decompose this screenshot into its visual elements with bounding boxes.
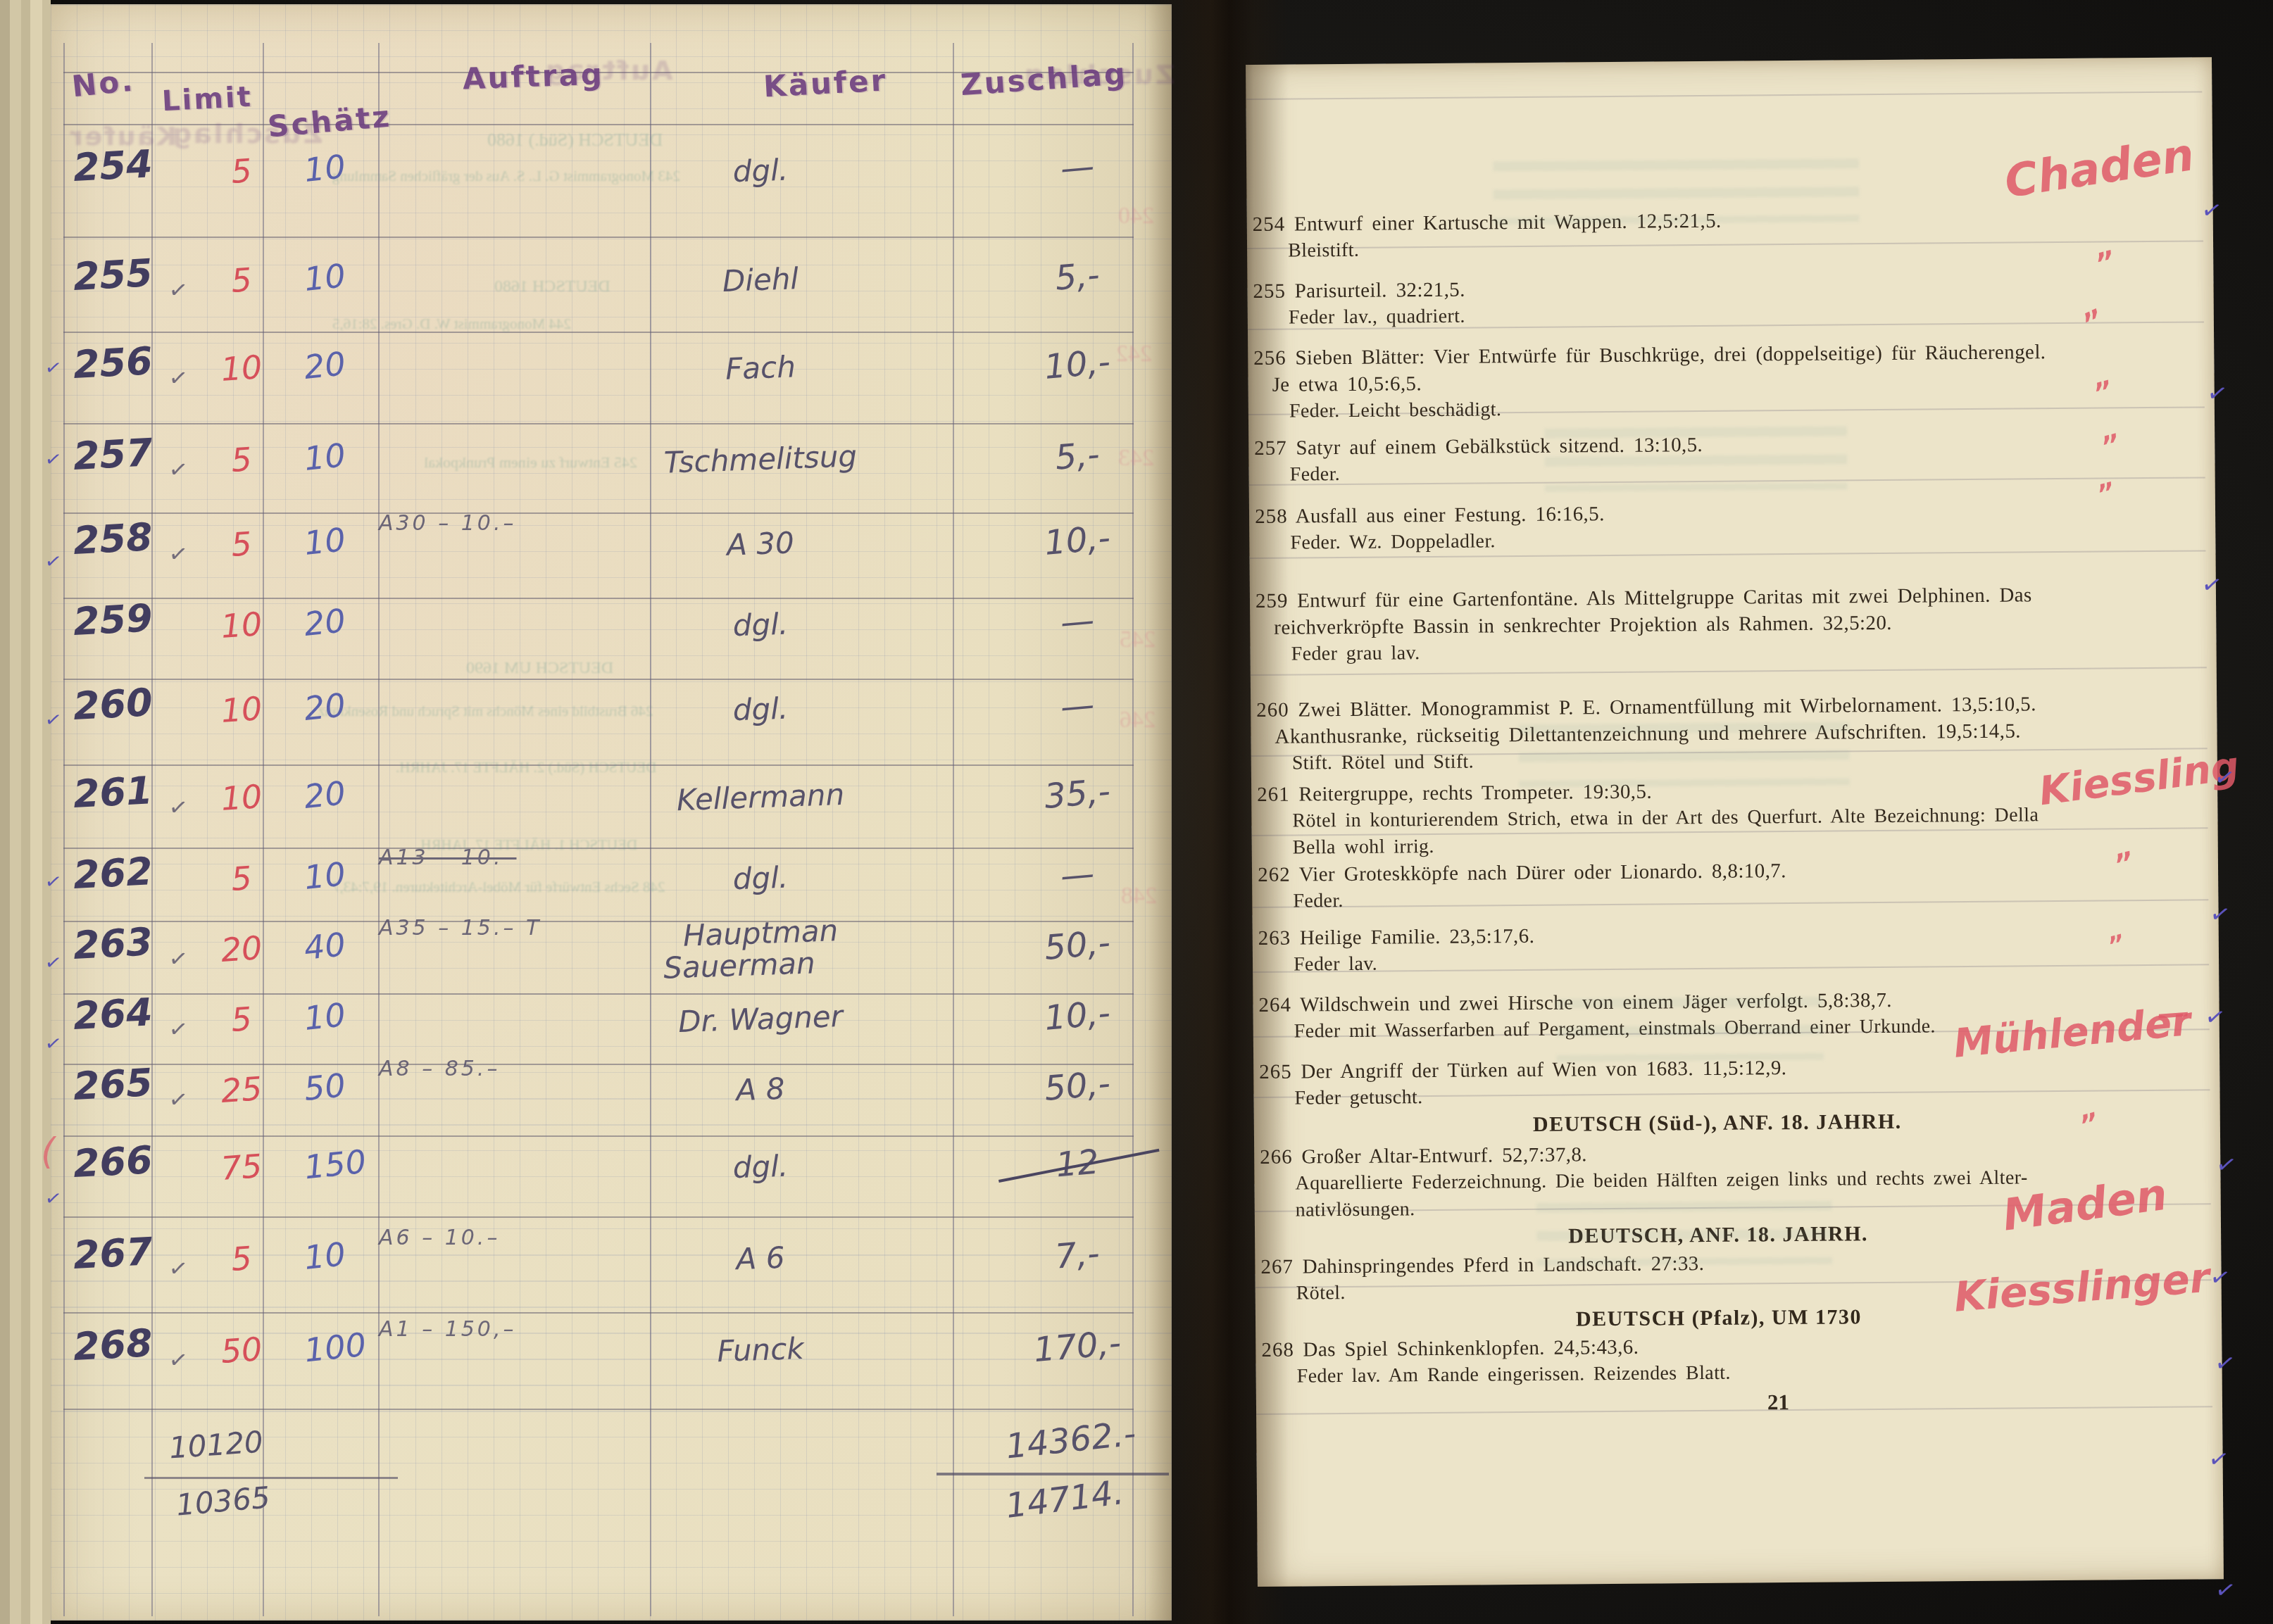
schaetz-value: 20 — [302, 774, 347, 816]
ledger-row: 254510dgl.— — [63, 137, 1141, 227]
kaeufer-name: A 8 — [605, 1066, 915, 1112]
zuschlag-value: 35,- — [1006, 768, 1149, 819]
ledger-rows: 254510dgl.—255✓510Diehl5,-256✓1020Fach10… — [51, 4, 1172, 1620]
schaetz-value: 10 — [302, 995, 347, 1038]
edge-check-icon: ✓ — [2208, 899, 2233, 931]
zuschlag-value: 10,- — [1006, 515, 1149, 566]
ledger-page: No.LimitSchätzAuftragKäuferZuschlagKäufe… — [51, 4, 1172, 1620]
row-check-icon: ✓ — [167, 1254, 189, 1283]
kaeufer-name: dgl. — [605, 855, 915, 900]
lot-title: Vier Groteskköpfe nach Dürer oder Lionar… — [1299, 860, 1786, 886]
limit-value: 10 — [194, 776, 288, 820]
schaetz-value: 10 — [302, 520, 347, 562]
ledger-row: 257✓510Tschmelitsug5,- — [63, 425, 1141, 515]
totals-rule — [144, 1477, 398, 1479]
lot-number: 255 — [72, 251, 154, 299]
lot-title: Sieben Blätter: Vier Entwürfe für Buschk… — [1295, 341, 2046, 369]
edge-check-icon: ✓ — [2205, 378, 2230, 410]
zuschlag-value: 5,- — [1006, 430, 1149, 481]
lot-number: 266 — [72, 1138, 154, 1186]
lot-title: Ausfall aus einer Festung. 16:16,5. — [1295, 503, 1604, 527]
schaetz-value: 40 — [302, 925, 347, 967]
lot-number: 267 — [72, 1229, 154, 1278]
bleed-through-smudge — [1493, 158, 1860, 225]
page-edge-stack — [30, 0, 42, 1624]
schaetz-value: 50 — [302, 1066, 347, 1108]
schaetz-value: 10 — [302, 256, 347, 298]
ledger-limit-total: 10120 — [168, 1424, 264, 1465]
lot-number: 265 — [72, 1060, 154, 1109]
book-gutter — [1148, 0, 1289, 1624]
margin-buyer-note: — — [2156, 993, 2191, 1033]
ledger-row: 26675150dgl.12 — [63, 1133, 1141, 1223]
schaetz-value: 10 — [302, 436, 347, 478]
lot-title: Entwurf für eine Gartenfontäne. Als Mitt… — [1297, 584, 2032, 612]
bleed-through-smudge — [1518, 722, 1850, 788]
entry-separator-rule — [1256, 1406, 2212, 1415]
ledger-row: 261✓1020Kellermann35,- — [63, 763, 1141, 853]
kaeufer-name: Funck — [605, 1327, 915, 1372]
ledger-row: 268✓50100A1 – 150,–Funck170,- — [63, 1316, 1141, 1406]
zuschlag-value: 50,- — [1006, 919, 1149, 971]
lot-title: Heilige Familie. 23,5:17,6. — [1300, 925, 1535, 950]
kaeufer-name: A 6 — [605, 1235, 915, 1280]
lot-number: 259 — [72, 596, 154, 644]
catalog-page: 254 Entwurf einer Kartusche mit Wappen. … — [1246, 57, 2224, 1587]
edge-check-icon: ✓ — [2212, 1575, 2238, 1606]
zuschlag-value: 12 — [1006, 1138, 1149, 1189]
schaetz-value: 150 — [302, 1143, 368, 1187]
book-spread-scan: No.LimitSchätzAuftragKäuferZuschlagKäufe… — [0, 0, 2273, 1624]
limit-value: 5 — [194, 149, 288, 194]
zuschlag-value: — — [1006, 849, 1149, 900]
edge-check-icon: ✓ — [2199, 195, 2224, 227]
row-check-icon: ✓ — [167, 363, 189, 392]
kaeufer-name: Kellermann — [605, 774, 915, 819]
limit-value: 5 — [194, 522, 288, 567]
lot-number: 268 — [72, 1321, 154, 1369]
row-check-icon: ✓ — [167, 944, 189, 973]
ledger-row: 265✓2550A8 – 85.–A 850,- — [63, 1055, 1141, 1145]
lot-number: 257 — [72, 430, 154, 479]
lot-number: 260 — [72, 680, 154, 729]
ledger-row: 2601020dgl.— — [63, 675, 1141, 765]
lot-title: Zwei Blätter. Monogrammist P. E. Ornamen… — [1298, 693, 2036, 721]
catalog-lot: 255 Parisurteil. 32:21,5.Feder lav., qua… — [1253, 271, 2169, 332]
kaeufer-name: Dr. Wagner — [605, 996, 915, 1041]
lot-number: 256 — [72, 339, 154, 387]
kaeufer-name: dgl. — [605, 602, 915, 647]
entry-separator-rule — [1246, 91, 2202, 100]
limit-value: 10 — [194, 346, 288, 391]
limit-value: 10 — [194, 688, 288, 732]
limit-value: 10 — [194, 603, 288, 648]
lot-title: Großer Altar-Entwurf. 52,7:37,8. — [1301, 1143, 1587, 1168]
catalog-lot: 262 Vier Groteskköpfe nach Dürer oder Li… — [1258, 855, 2174, 915]
bleed-through-smudge — [1536, 1201, 1833, 1266]
ledger-row: 255✓510Diehl5,- — [63, 246, 1141, 336]
edge-check-icon: ✓ — [2214, 1150, 2239, 1181]
kaeufer-name: A 30 — [605, 521, 915, 566]
kaeufer-name: Diehl — [605, 257, 915, 302]
schaetz-value: 20 — [302, 686, 347, 728]
kaeufer-name: Fach — [605, 345, 915, 390]
ledger-row: 256✓1020Fach10,- — [63, 334, 1141, 424]
bleed-through-smudge — [1555, 997, 1824, 1062]
catalog-lot: 261 Reitergruppe, rechts Trompeter. 19:3… — [1257, 774, 2173, 862]
kaeufer-name: dgl. — [605, 1144, 915, 1189]
ledger-row: 267✓510A6 – 10.–A 67,- — [63, 1224, 1141, 1314]
kaeufer-name: dgl. — [605, 148, 915, 193]
zuschlag-value: 10,- — [1006, 339, 1149, 390]
lot-number: 264 — [72, 990, 154, 1038]
limit-value: 5 — [194, 258, 288, 303]
auftrag-note: A6 – 10.– — [379, 1226, 500, 1250]
page-edge-stack — [0, 0, 10, 1624]
catalog-lot: 259 Entwurf für eine Gartenfontäne. Als … — [1256, 581, 2172, 668]
lot-number: 258 — [72, 515, 154, 563]
ledger-row: 258✓510A30 – 10.–A 3010,- — [63, 510, 1141, 600]
page-edge-stack — [42, 0, 51, 1624]
limit-value: 5 — [194, 438, 288, 482]
zuschlag-value: 10,- — [1006, 990, 1149, 1041]
schaetz-value: 20 — [302, 601, 347, 643]
auftrag-note: A8 – 85.– — [379, 1057, 500, 1081]
row-check-icon: ✓ — [167, 1345, 189, 1374]
lot-number: 261 — [72, 768, 154, 817]
catalog-lot: 256 Sieben Blätter: Vier Entwürfe für Bu… — [1253, 338, 2169, 425]
kaeufer-name: dgl. — [605, 686, 915, 731]
auftrag-note: A35 – 15.– T — [379, 916, 541, 940]
zuschlag-value: 170,- — [1006, 1321, 1149, 1372]
limit-value: 5 — [194, 1237, 288, 1281]
limit-value: 5 — [194, 857, 288, 901]
totals-rule — [937, 1473, 1169, 1475]
schaetz-value: 10 — [302, 147, 347, 189]
row-check-icon: ✓ — [167, 1014, 189, 1043]
row-check-icon: ✓ — [167, 455, 189, 484]
page-edge-stack — [21, 0, 30, 1624]
catalog-lot: 258 Ausfall aus einer Festung. 16:16,5.F… — [1255, 496, 2171, 557]
auftrag-note: A1 – 150,– — [379, 1317, 516, 1342]
row-check-icon: ✓ — [167, 793, 189, 822]
edge-check-icon: ✓ — [2212, 1348, 2238, 1380]
catalog-lot: 268 Das Spiel Schinkenklopfen. 24,5:43,6… — [1261, 1330, 2177, 1390]
limit-value: 5 — [194, 997, 288, 1042]
lot-number: 254 — [72, 141, 154, 190]
zuschlag-value: — — [1006, 680, 1149, 731]
bleed-through-smudge — [1544, 426, 1848, 491]
row-check-icon: ✓ — [167, 539, 189, 568]
edge-check-icon: ✓ — [2203, 1002, 2228, 1033]
lot-title: Das Spiel Schinkenklopfen. 24,5:43,6. — [1303, 1336, 1639, 1361]
schaetz-value: 20 — [302, 344, 347, 386]
page-edge-stack — [10, 0, 21, 1624]
lot-title: Parisurteil. 32:21,5. — [1295, 279, 1465, 303]
zuschlag-value: 50,- — [1006, 1060, 1149, 1112]
catalog-lot: 263 Heilige Familie. 23,5:17,6.Feder lav… — [1258, 918, 2174, 978]
lot-number: 262 — [72, 849, 154, 898]
auftrag-note: A30 – 10.– — [379, 511, 516, 536]
zuschlag-value: 5,- — [1006, 251, 1149, 302]
row-check-icon: ✓ — [167, 1085, 189, 1114]
zuschlag-value: — — [1006, 141, 1149, 193]
page-number: 21 — [1767, 1390, 1789, 1415]
zuschlag-value: — — [1006, 596, 1149, 647]
row-check-icon: ✓ — [167, 275, 189, 304]
limit-value: 20 — [194, 927, 288, 971]
edge-check-icon: ✓ — [2199, 569, 2224, 601]
edge-check-icon: ✓ — [2208, 1262, 2233, 1294]
margin-buyer-note: Chaden — [2001, 129, 2197, 208]
limit-value: 50 — [194, 1328, 288, 1373]
auftrag-note: A13 – 10.– — [379, 845, 516, 870]
edge-check-icon: ✓ — [2206, 1444, 2231, 1475]
kaeufer-name: Tschmelitsug — [605, 436, 915, 481]
schaetz-value: 10 — [302, 1235, 347, 1277]
schaetz-value: 100 — [302, 1326, 368, 1370]
zuschlag-value: 7,- — [1006, 1229, 1149, 1280]
ledger-row: 2591020dgl.— — [63, 591, 1141, 681]
schaetz-value: 10 — [302, 855, 347, 897]
limit-value: 75 — [194, 1145, 288, 1190]
lot-number: 263 — [72, 919, 154, 968]
limit-value: 25 — [194, 1068, 288, 1112]
